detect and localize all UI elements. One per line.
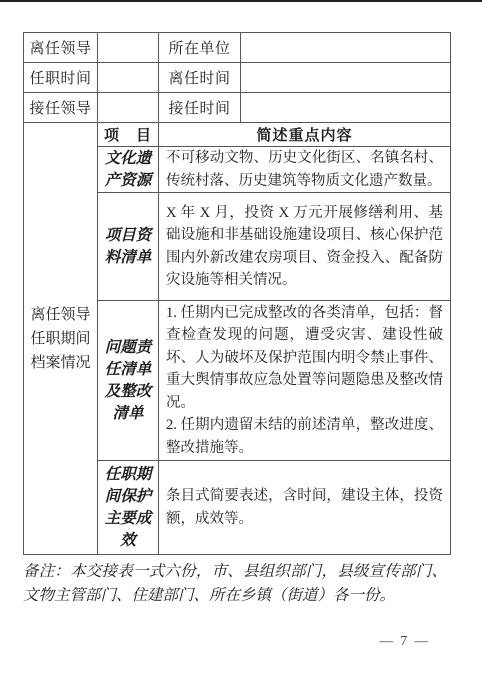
handover-record-table: 离任领导 所在单位 任职时间 离任时间 接任领导 接任时间 离任领导任职期间档案… xyxy=(23,32,451,555)
section-side-label: 离任领导任职期间档案情况 xyxy=(24,123,98,555)
label-departing-leader: 离任领导 xyxy=(24,33,98,63)
item-content-text: 不可移动文物、历史文化街区、名镇名村、传统村落、历史建筑等物质文化遗产数量。 xyxy=(166,147,443,192)
item-content-text: 1. 任期内已完成整改的各类清单，包括：督查检查发现的问题，遭受灾害、建设性破坏… xyxy=(166,302,443,460)
label-departure-time: 离任时间 xyxy=(159,63,241,93)
value-incoming-leader xyxy=(98,93,159,123)
value-departing-leader xyxy=(98,33,159,63)
item-content-cultural-heritage-resources: 不可移动文物、历史文化街区、名镇名村、传统村落、历史建筑等物质文化遗产数量。 xyxy=(159,147,451,193)
label-incoming-leader: 接任领导 xyxy=(24,93,98,123)
item-name-text: 文化遗产资源 xyxy=(103,148,153,192)
footnote-remark: 备注：本交接表一式六份，市、县组织部门，县级宣传部门、文物主管部门、住建部门、所… xyxy=(23,560,447,608)
column-header-content: 简述重点内容 xyxy=(159,123,451,147)
item-content-project-materials-list: X 年 X 月，投资 X 万元开展修缮利用、基础设施和非基础设施建设项目、核心保… xyxy=(159,193,451,301)
label-takeover-time: 接任时间 xyxy=(159,93,241,123)
value-departure-time xyxy=(241,63,451,93)
page-number: — 7 — xyxy=(380,633,431,649)
item-content-protection-achievements: 条目式简要表述，含时间，建设主体，投资额，成效等。 xyxy=(159,461,451,555)
item-name-text: 项目资料清单 xyxy=(103,225,153,269)
item-content-text: 条目式简要表述，含时间，建设主体，投资额，成效等。 xyxy=(166,485,443,530)
item-name-problem-responsibility-rectification-list: 问题责任清单及整改清单 xyxy=(98,301,159,461)
document-page: 离任领导 所在单位 任职时间 离任时间 接任领导 接任时间 离任领导任职期间档案… xyxy=(0,0,482,675)
item-name-cultural-heritage-resources: 文化遗产资源 xyxy=(98,147,159,193)
value-takeover-time xyxy=(241,93,451,123)
item-name-project-materials-list: 项目资料清单 xyxy=(98,193,159,301)
item-name-text: 问题责任清单及整改清单 xyxy=(103,337,153,425)
label-work-unit: 所在单位 xyxy=(159,33,241,63)
label-tenure-start-time: 任职时间 xyxy=(24,63,98,93)
section-side-label-text: 离任领导任职期间档案情况 xyxy=(28,303,93,375)
scan-edge-artifact xyxy=(0,0,482,2)
value-tenure-start-time xyxy=(98,63,159,93)
item-content-text: X 年 X 月，投资 X 万元开展修缮利用、基础设施和非基础设施建设项目、核心保… xyxy=(166,202,443,292)
column-header-item: 项 目 xyxy=(98,123,159,147)
value-work-unit xyxy=(241,33,451,63)
item-name-protection-achievements: 任职期间保护主要成效 xyxy=(98,461,159,555)
item-content-problem-responsibility-rectification-list: 1. 任期内已完成整改的各类清单，包括：督查检查发现的问题，遭受灾害、建设性破坏… xyxy=(159,301,451,461)
item-name-text: 任职期间保护主要成效 xyxy=(103,464,153,552)
